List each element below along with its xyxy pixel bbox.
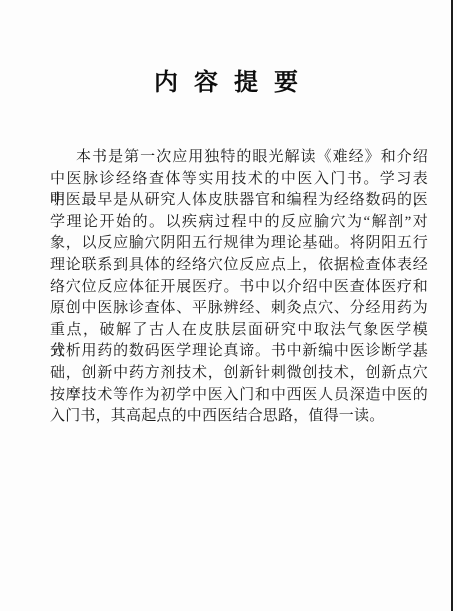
paragraph-line: 中医最早是从研究人体皮肤器官和编程为经络数码的医 xyxy=(50,190,428,212)
paragraph-line: 象，以反应腧穴阴阳五行规律为理论基础。将阴阳五行 xyxy=(50,233,428,255)
page-title: 内 容 提 要 xyxy=(0,70,457,96)
paragraph-line: 重点，破解了古人在皮肤层面研究中取法气象医学模式、 xyxy=(50,320,428,342)
paragraph-line: 理论联系到具体的经络穴位反应点上，依据检查体表经 xyxy=(50,255,428,277)
paragraph-line: 本书是第一次应用独特的眼光解读《难经》和介绍 xyxy=(50,147,428,169)
book-page: 内 容 提 要 本书是第一次应用独特的眼光解读《难经》和介绍中医脉诊经络查体等实… xyxy=(0,0,457,611)
paragraph-line: 络穴位反应体征开展医疗。书中以介绍中医查体医疗和 xyxy=(50,277,428,299)
paragraph-line: 础，创新中药方剂技术，创新针刺微创技术，创新点穴 xyxy=(50,363,428,385)
paragraph-line: 入门书，其高起点的中西医结合思路，值得一读。 xyxy=(50,406,428,428)
paragraph-line: 按摩技术等作为初学中医入门和中西医人员深造中医的 xyxy=(50,385,428,407)
paragraph-line: 分析用药的数码医学理论真谛。书中新编中医诊断学基 xyxy=(50,341,428,363)
abstract-paragraph: 本书是第一次应用独特的眼光解读《难经》和介绍中医脉诊经络查体等实用技术的中医入门… xyxy=(50,147,428,428)
paragraph-line: 原创中医脉诊查体、平脉辨经、刺灸点穴、分经用药为 xyxy=(50,298,428,320)
paragraph-line: 学理论开始的。以疾病过程中的反应腧穴为“解剖”对 xyxy=(50,212,428,234)
paragraph-line: 中医脉诊经络查体等实用技术的中医入门书。学习表明， xyxy=(50,169,428,191)
page-scan-edge-line xyxy=(451,0,453,611)
